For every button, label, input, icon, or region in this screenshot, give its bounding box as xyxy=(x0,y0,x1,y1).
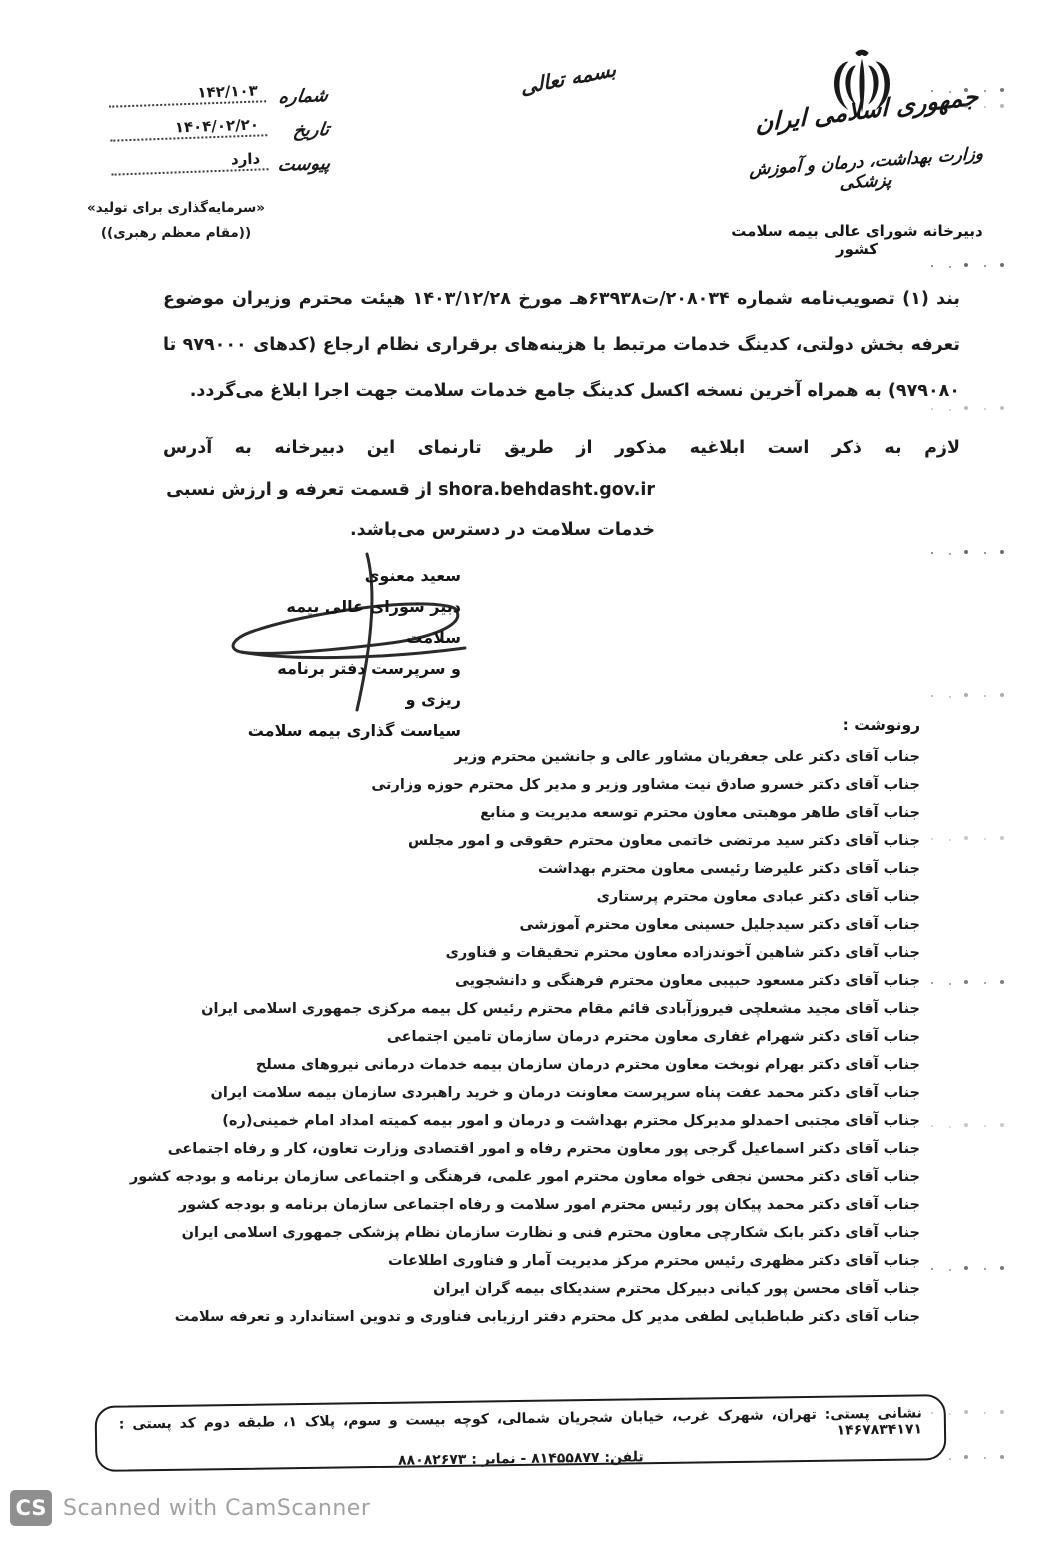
cc-list-item: جناب آقای دکتر علی جعفریان مشاور عالی و … xyxy=(100,743,920,771)
camscanner-text: Scanned with CamScanner xyxy=(63,1496,370,1521)
camscanner-icon: CS xyxy=(10,1490,52,1526)
scanned-letter-page: بسمه تعالی جمهوری اسلامی ایران وزارت بهد… xyxy=(0,0,1042,1544)
attachment-value: دارد xyxy=(231,150,261,169)
scan-artifact-dots xyxy=(1000,1266,1004,1270)
cc-list-item: جناب آقای دکتر علیرضا رئیسی معاون محترم … xyxy=(100,855,920,883)
cc-list-item: جناب آقای دکتر عبادی معاون محترم پرستاری xyxy=(100,883,920,911)
date-value: ۱۴۰۴/۰۲/۲۰ xyxy=(174,116,259,137)
scan-artifact-dots xyxy=(1000,1455,1004,1459)
signer-title-line2: و سرپرست دفتر برنامه ریزی و xyxy=(243,653,461,715)
body-paragraph-1: بند (۱) تصویب‌نامه شماره ۲۰۸۰۳۴/ت۶۳۹۳۸هـ… xyxy=(163,276,960,414)
scan-artifact-dots xyxy=(1000,406,1004,410)
cc-list-item: جناب آقای دکتر مظهری رئیس محترم مرکز مدی… xyxy=(100,1247,920,1275)
cc-list-item: جناب آقای دکتر شهرام غفاری معاون محترم د… xyxy=(100,1023,920,1051)
cc-list-item: جناب آقای محسن پور کیانی دبیرکل محترم سن… xyxy=(100,1275,920,1303)
cc-list-item: جناب آقای دکتر سید مرتضی خاتمی معاون محت… xyxy=(100,827,920,855)
letter-stamp-fields: شماره ۱۴۲/۱۰۳ تاریخ ۱۴۰۴/۰۲/۲۰ پیوست دار… xyxy=(102,72,330,182)
letter-body: بند (۱) تصویب‌نامه شماره ۲۰۸۰۳۴/ت۶۳۹۳۸هـ… xyxy=(163,276,960,550)
scan-artifact-dots xyxy=(1000,550,1004,554)
cc-list: جناب آقای دکتر علی جعفریان مشاور عالی و … xyxy=(100,743,920,1331)
cc-list-item: جناب آقای دکتر اسماعیل گرجی پور معاون مح… xyxy=(100,1135,920,1163)
cc-list-item: جناب آقای دکتر مسعود حبیبی معاون محترم ف… xyxy=(100,967,920,995)
year-slogan: «سرمایه‌گذاری برای تولید» ((مقام معظم ره… xyxy=(86,200,266,241)
slogan-line1: «سرمایه‌گذاری برای تولید» xyxy=(86,200,266,216)
ministry-name-calligraphy: وزارت بهداشت، درمان و آموزش پزشکی xyxy=(726,142,1007,202)
footer-address-box: نشانی پستی: تهران، شهرک غرب، خیابان شجری… xyxy=(95,1394,947,1472)
cc-list-item: جناب آقای دکتر طباطبایی لطفی مدیر کل محت… xyxy=(100,1303,920,1331)
cc-list-item: جناب آقای دکتر شاهین آخوندزاده معاون محت… xyxy=(100,939,920,967)
cc-heading: رونوشت : xyxy=(100,716,920,734)
cc-list-item: جناب آقای دکتر محمد پیکان پور رئیس محترم… xyxy=(100,1191,920,1219)
scan-artifact-dots xyxy=(1000,1123,1004,1127)
cc-list-item: جناب آقای دکتر خسرو صادق نیت مشاور وزیر … xyxy=(100,771,920,799)
date-label: تاریخ xyxy=(270,119,331,142)
scan-artifact-dots xyxy=(1000,1410,1004,1414)
scan-artifact-dots xyxy=(1000,693,1004,697)
camscanner-watermark: CS Scanned with CamScanner xyxy=(10,1490,370,1526)
body-paragraph-2-line1: لازم به ذکر است ابلاغیه مذکور از طریق تا… xyxy=(163,426,960,470)
scan-artifact-dots xyxy=(1000,980,1004,984)
dotted-leader xyxy=(112,167,269,175)
cc-list-item: جناب آقای دکتر بابک شکارچی معاون محترم ف… xyxy=(100,1219,920,1247)
phone-fax-line: تلفن: ۸۱۴۵۵۸۷۷ - نمابر : ۸۸۰۸۲۶۷۳ xyxy=(119,1445,922,1472)
attachment-label: پیوست xyxy=(271,153,332,176)
scan-artifact-dots xyxy=(1000,88,1004,92)
bismillah-calligraphy: بسمه تعالی xyxy=(520,57,617,99)
cc-list-item: جناب آقای مجید مشعلچی فیروزآبادی قائم مق… xyxy=(100,995,920,1023)
scan-artifact-dots xyxy=(1000,263,1004,267)
cc-list-item: جناب آقای دکتر سیدجلیل حسینی معاون محترم… xyxy=(100,911,920,939)
signer-title-line1: دبیر شورای عالی بیمه سلامت xyxy=(243,591,461,653)
signer-name: سعید معنوی xyxy=(243,560,461,591)
cc-list-item: جناب آقای دکتر محسن نجفی خواه معاون محتر… xyxy=(100,1163,920,1191)
department-name: دبیرخانه شورای عالی بیمه سلامت کشور xyxy=(724,222,990,258)
cc-section: رونوشت : جناب آقای دکتر علی جعفریان مشاو… xyxy=(100,716,920,1331)
scan-artifact-dots xyxy=(1000,104,1004,108)
postal-address: نشانی پستی: تهران، شهرک غرب، خیابان شجری… xyxy=(119,1405,922,1448)
body-paragraph-2-line2: shora.behdasht.gov.ir از قسمت تعرفه و ار… xyxy=(163,470,655,550)
slogan-line2: ((مقام معظم رهبری)) xyxy=(86,225,266,241)
cc-list-item: جناب آقای مجتبی احمدلو مدیرکل محترم بهدا… xyxy=(100,1107,920,1135)
stamp-attachment-row: پیوست دارد xyxy=(105,140,331,182)
dotted-leader xyxy=(109,99,266,107)
cc-list-item: جناب آقای دکتر محمد عفت پناه سرپرست معاو… xyxy=(100,1079,920,1107)
number-value: ۱۴۲/۱۰۳ xyxy=(197,82,258,102)
scan-artifact-dots xyxy=(1000,836,1004,840)
number-label: شماره xyxy=(269,85,330,108)
cc-list-item: جناب آقای دکتر بهرام نوبخت معاون محترم د… xyxy=(100,1051,920,1079)
cc-list-item: جناب آقای طاهر موهبتی معاون محترم توسعه … xyxy=(100,799,920,827)
